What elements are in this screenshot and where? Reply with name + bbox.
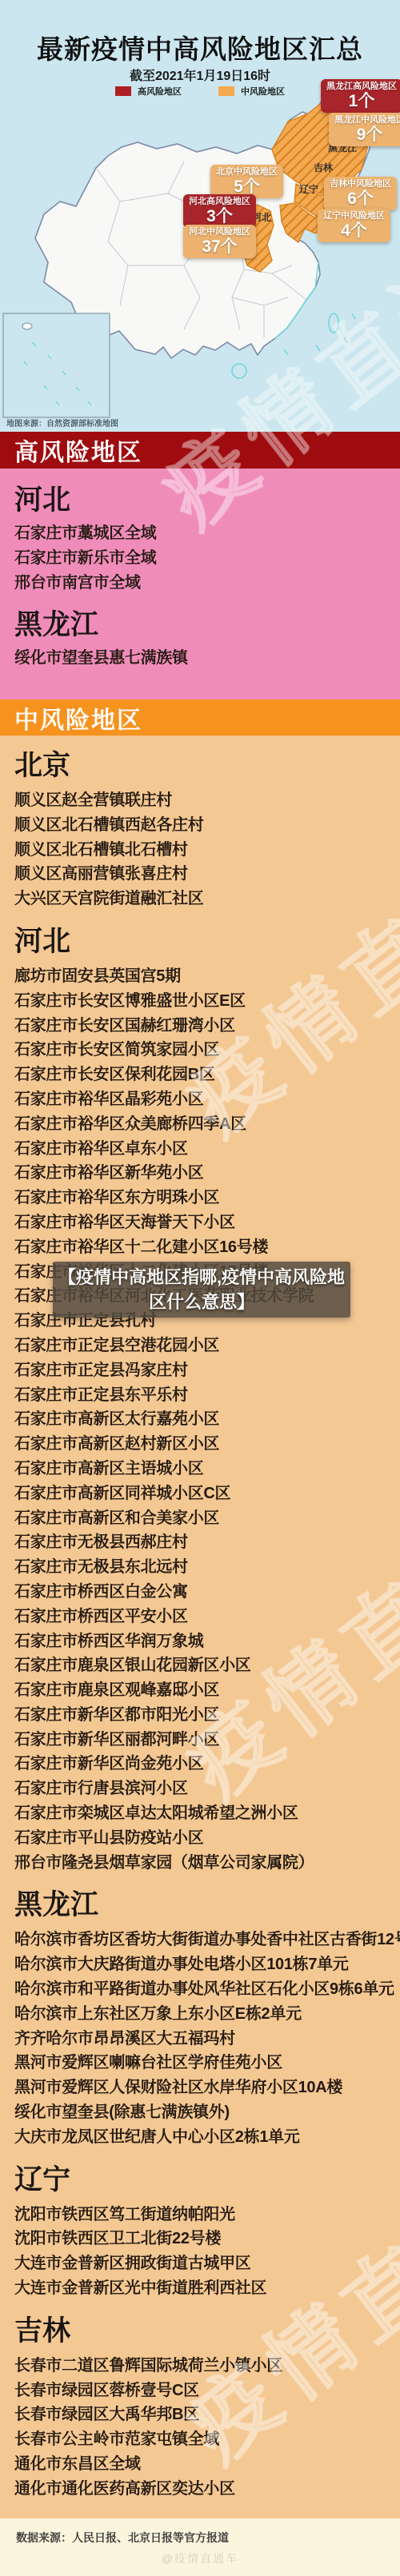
area-list: 绥化市望奎县惠七满族镇 (14, 646, 400, 671)
area-item: 石家庄市无极县东北远村 (14, 1555, 400, 1580)
area-item: 哈尔滨市和平路街道办事处风华社区石化小区9栋6单元 (14, 1977, 400, 2002)
area-item: 大连市金普新区光中街道胜利西社区 (14, 2276, 400, 2301)
infographic-page: 最新疫情中高风险地区汇总 截至2021年1月19日16时 高风险地区 中风险地区 (0, 0, 400, 2576)
area-item: 绥化市望奎县(除惠七满族镇外) (14, 2100, 400, 2125)
badge-count: 5个 (216, 177, 278, 196)
area-item: 石家庄市新乐市全域 (14, 546, 400, 571)
footer: 数据来源：人民日报、北京日报等官方报道 @疫情直通车 (0, 2518, 400, 2576)
area-item: 黑河市爱辉区人保财险社区水岸华府小区10A楼 (14, 2076, 400, 2100)
area-item: 石家庄市新华区都市阳光小区 (14, 1703, 400, 1728)
area-item: 石家庄市高新区太行嘉苑小区 (14, 1407, 400, 1432)
area-item: 石家庄市高新区同祥城小区C区 (14, 1481, 400, 1506)
area-item: 石家庄市长安区国赫红珊湾小区 (14, 1014, 400, 1039)
area-item: 石家庄市高新区主语城小区 (14, 1457, 400, 1481)
badge-count: 9个 (334, 126, 400, 144)
area-list: 顺义区赵全营镇联庄村顺义区北石槽镇西赵各庄村顺义区北石槽镇北石槽村顺义区高丽营镇… (14, 788, 400, 911)
area-item: 顺义区北石槽镇西赵各庄村 (14, 813, 400, 838)
area-item: 大庆市龙凤区世纪唐人中心小区2栋1单元 (14, 2125, 400, 2150)
area-item: 廊坊市固安县英国宫5期 (14, 964, 400, 989)
badge-label: 河北中风险地区 (189, 227, 250, 237)
south-sea-inset (3, 313, 110, 417)
area-item: 石家庄市裕华区卓东小区 (14, 1137, 400, 1162)
badge-label: 黑龙江中风险地区 (334, 115, 400, 126)
area-list: 哈尔滨市香坊区香坊大街街道办事处香中社区古香街12号哈尔滨市大庆路街道办事处电塔… (14, 1928, 400, 2149)
area-item: 顺义区北石槽镇北石槽村 (14, 838, 400, 863)
area-item: 顺义区高丽营镇张喜庄村 (14, 862, 400, 887)
area-item: 石家庄市桥西区平安小区 (14, 1605, 400, 1629)
province-name: 辽宁 (14, 2164, 400, 2196)
province-name: 黑龙江 (14, 1889, 400, 1921)
area-item: 大连市金普新区拥政街道古城甲区 (14, 2251, 400, 2276)
area-item: 通化市东昌区全域 (14, 2452, 400, 2477)
area-item: 黑河市爱辉区喇嘛台社区学府佳苑小区 (14, 2051, 400, 2076)
province-name: 黑龙江 (14, 609, 400, 641)
badge-label: 黑龙江高风险地区 (326, 82, 397, 92)
map-badge: 北京中风险地区 5个 (210, 165, 283, 198)
badge-count: 37个 (189, 237, 250, 256)
area-item: 石家庄市长安区简筑家园小区 (14, 1038, 400, 1063)
area-item: 石家庄市裕华区十二化建小区16号楼 (14, 1235, 400, 1260)
area-item: 哈尔滨市上东社区万象上东小区E栋2单元 (14, 2002, 400, 2027)
area-item: 哈尔滨市香坊区香坊大街街道办事处香中社区古香街12号 (14, 1928, 400, 1952)
area-list: 廊坊市固安县英国宫5期石家庄市长安区博雅盛世小区E区石家庄市长安区国赫红珊湾小区… (14, 964, 400, 1875)
area-item: 石家庄市新华区尚金苑小区 (14, 1752, 400, 1776)
area-item: 石家庄市桥西区白金公寓 (14, 1580, 400, 1605)
badge-label: 辽宁中风险地区 (323, 211, 385, 221)
area-item: 石家庄市藁城区全域 (14, 521, 400, 546)
area-item: 石家庄市裕华区众美廊桥四季A区 (14, 1112, 400, 1137)
area-item: 石家庄市无极县西郝庄村 (14, 1530, 400, 1555)
area-list: 长春市二道区鲁辉国际城荷兰小镇小区长春市绿园区蓉桥壹号C区长春市绿园区大禹华邦B… (14, 2354, 400, 2502)
area-item: 大兴区天宫院街道融汇社区 (14, 887, 400, 911)
area-item: 长春市绿园区大禹华邦B区 (14, 2403, 400, 2427)
badge-count: 6个 (330, 189, 391, 208)
area-item: 石家庄市裕华区东方明珠小区 (14, 1186, 400, 1210)
area-item: 沈阳市铁西区笃工街道纳帕阳光 (14, 2203, 400, 2227)
area-item: 石家庄市新华区丽都河畔小区 (14, 1728, 400, 1753)
footer-watermark: @疫情直通车 (0, 2550, 400, 2566)
map-badge: 河北高风险地区 3个 (183, 194, 256, 228)
area-item: 邢台市隆尧县烟草家园（烟草公司家属院） (14, 1851, 400, 1876)
page-title: 最新疫情中高风险地区汇总 (0, 29, 400, 66)
badge-count: 4个 (323, 221, 385, 240)
map-badge: 辽宁中风险地区 4个 (318, 209, 390, 242)
province-group: 河北 廊坊市固安县英国宫5期石家庄市长安区博雅盛世小区E区石家庄市长安区国赫红珊… (14, 926, 400, 1875)
area-item: 石家庄市正定县东平乐村 (14, 1383, 400, 1408)
area-list: 石家庄市藁城区全域石家庄市新乐市全域邢台市南宫市全域 (14, 521, 400, 595)
area-item: 石家庄市正定县冯家庄村 (14, 1358, 400, 1383)
area-item: 通化市通化医药高新区奕达小区 (14, 2477, 400, 2502)
province-group: 北京 顺义区赵全营镇联庄村顺义区北石槽镇西赵各庄村顺义区北石槽镇北石槽村顺义区高… (14, 750, 400, 911)
area-item: 石家庄市长安区博雅盛世小区E区 (14, 989, 400, 1014)
area-item: 石家庄市裕华区新华苑小区 (14, 1161, 400, 1186)
area-item: 长春市公主岭市范家屯镇全域 (14, 2427, 400, 2452)
area-item: 邢台市南宫市全域 (14, 571, 400, 596)
area-item: 石家庄市鹿泉区银山花园新区小区 (14, 1653, 400, 1678)
area-item: 石家庄市裕华区晶彩苑小区 (14, 1087, 400, 1112)
label-liaoning: 辽宁 (299, 183, 318, 195)
area-item: 石家庄市桥西区华润万象城 (14, 1629, 400, 1654)
area-item: 石家庄市平山县防疫站小区 (14, 1826, 400, 1851)
map-badge: 河北中风险地区 37个 (183, 225, 256, 258)
area-item: 齐齐哈尔市昂昂溪区大五福玛村 (14, 2027, 400, 2052)
province-name: 河北 (14, 926, 400, 958)
badge-count: 3个 (189, 207, 250, 225)
province-group: 河北 石家庄市藁城区全域石家庄市新乐市全域邢台市南宫市全域 (14, 484, 400, 595)
area-item: 绥化市望奎县惠七满族镇 (14, 646, 400, 671)
badge-label: 河北高风险地区 (189, 197, 250, 207)
area-item: 顺义区赵全营镇联庄村 (14, 788, 400, 813)
area-item: 石家庄市裕华区天海誉天下小区 (14, 1210, 400, 1235)
area-list: 沈阳市铁西区笃工街道纳帕阳光沈阳市铁西区卫工北街22号楼大连市金普新区拥政街道古… (14, 2203, 400, 2301)
badge-label: 北京中风险地区 (216, 167, 278, 177)
province-group: 辽宁 沈阳市铁西区笃工街道纳帕阳光沈阳市铁西区卫工北街22号楼大连市金普新区拥政… (14, 2164, 400, 2301)
province-group: 黑龙江 绥化市望奎县惠七满族镇 (14, 609, 400, 671)
area-item: 哈尔滨市大庆路街道办事处电塔小区101栋7单元 (14, 1952, 400, 1977)
mid-risk-groups: 北京 顺义区赵全营镇联庄村顺义区北石槽镇西赵各庄村顺义区北石槽镇北石槽村顺义区高… (0, 736, 400, 2518)
area-item: 石家庄市高新区和合美家小区 (14, 1506, 400, 1531)
map-section: 最新疫情中高风险地区汇总 截至2021年1月19日16时 高风险地区 中风险地区 (0, 0, 400, 432)
high-risk-band: 高风险地区 (0, 432, 400, 469)
map-source-note: 地图来源：自然资源部标准地图 (6, 417, 118, 429)
overlay-caption: 【疫情中高地区指哪,疫情中高风险地区什么意思】 (53, 1262, 350, 1318)
province-name: 北京 (14, 750, 400, 782)
province-group: 吉林 长春市二道区鲁辉国际城荷兰小镇小区长春市绿园区蓉桥壹号C区长春市绿园区大禹… (14, 2315, 400, 2502)
area-item: 石家庄市鹿泉区观峰嘉邸小区 (14, 1678, 400, 1703)
data-source-note: 数据来源：人民日报、北京日报等官方报道 (16, 2530, 400, 2546)
area-item: 石家庄市长安区保利花园B区 (14, 1063, 400, 1087)
province-name: 河北 (14, 484, 400, 516)
area-item: 石家庄市行唐县滨河小区 (14, 1776, 400, 1801)
map-badge: 吉林中风险地区 6个 (324, 177, 397, 210)
label-jilin: 吉林 (314, 161, 334, 173)
area-item: 石家庄市正定县空港花园小区 (14, 1334, 400, 1358)
map-badge: 黑龙江中风险地区 9个 (329, 113, 400, 146)
high-risk-groups: 河北 石家庄市藁城区全域石家庄市新乐市全域邢台市南宫市全域 黑龙江 绥化市望奎县… (0, 469, 400, 700)
area-item: 沈阳市铁西区卫工北街22号楼 (14, 2227, 400, 2251)
badge-label: 吉林中风险地区 (330, 179, 391, 189)
map-badge: 黑龙江高风险地区 1个 (321, 79, 400, 113)
area-item: 长春市绿园区蓉桥壹号C区 (14, 2379, 400, 2403)
province-group: 黑龙江 哈尔滨市香坊区香坊大街街道办事处香中社区古香街12号哈尔滨市大庆路街道办… (14, 1889, 400, 2149)
mid-risk-band: 中风险地区 (0, 700, 400, 736)
area-item: 石家庄市高新区赵村新区小区 (14, 1432, 400, 1457)
province-name: 吉林 (14, 2315, 400, 2347)
badge-count: 1个 (326, 92, 397, 110)
area-item: 石家庄市栾城区卓达太阳城希望之洲小区 (14, 1801, 400, 1826)
area-item: 长春市二道区鲁辉国际城荷兰小镇小区 (14, 2354, 400, 2379)
